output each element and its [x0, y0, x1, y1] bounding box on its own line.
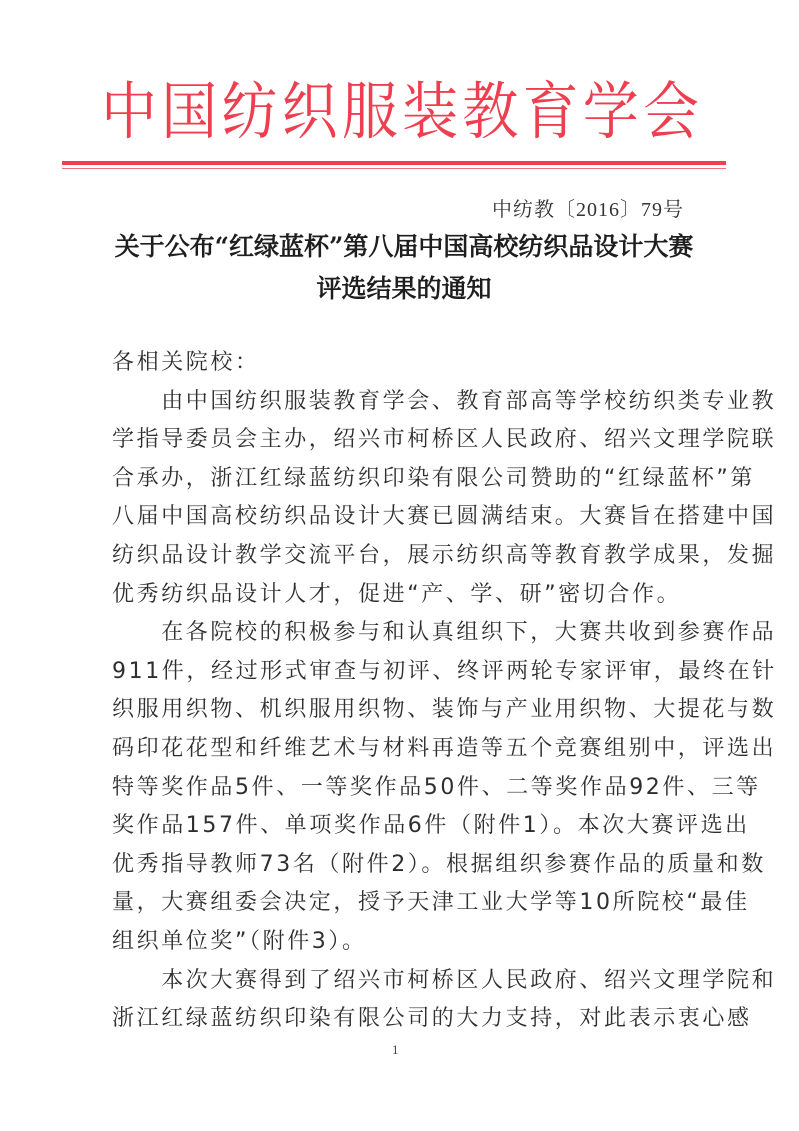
text-line: 纺织品设计教学交流平台，展示纺织高等教育教学成果，发掘	[112, 537, 704, 576]
salutation: 各相关院校：	[112, 344, 704, 383]
document-body: 各相关院校： 由中国纺织服装教育学会、教育部高等学校纺织类专业教 学指导委员会主…	[112, 344, 704, 1039]
notice-title: 关于公布“红绿蓝杯”第八届中国高校纺织品设计大赛 评选结果的通知	[108, 226, 700, 310]
org-name-char: 服	[341, 74, 399, 152]
document-number: 中纺教〔2016〕79号	[492, 193, 684, 222]
page-number: 1	[392, 1042, 399, 1058]
org-name-char: 学	[582, 74, 640, 152]
text-line: 量，大赛组委会决定，授予天津工业大学等10所院校“最佳	[112, 884, 704, 923]
org-name-char: 会	[642, 74, 700, 152]
org-name-char: 装	[401, 74, 459, 152]
paragraph-2: 在各院校的积极参与和认真组织下，大赛共收到参赛作品 911件，经过形式审查与初评…	[112, 614, 704, 961]
notice-title-line-1: 关于公布“红绿蓝杯”第八届中国高校纺织品设计大赛	[108, 226, 700, 268]
org-name-char: 织	[281, 74, 339, 152]
text-line: 学指导委员会主办，绍兴市柯桥区人民政府、绍兴文理学院联	[112, 421, 704, 460]
text-line: 八届中国高校纺织品设计大赛已圆满结束。大赛旨在搭建中国	[112, 498, 704, 537]
letterhead-rule-thick	[62, 161, 726, 165]
text-line: 浙江红绿蓝纺织印染有限公司的大力支持，对此表示衷心感	[112, 1000, 704, 1039]
org-name-char: 育	[522, 74, 580, 152]
org-name-char: 国	[160, 74, 218, 152]
text-line: 码印花花型和纤维艺术与材料再造等五个竞赛组别中，评选出	[112, 730, 704, 769]
organization-name: 中 国 纺 织 服 装 教 育 学 会	[100, 74, 700, 152]
text-line: 优秀纺织品设计人才，促进“产、学、研”密切合作。	[112, 576, 704, 615]
text-line: 组织单位奖”（附件3）。	[112, 923, 704, 962]
text-line: 本次大赛得到了绍兴市柯桥区人民政府、绍兴文理学院和	[112, 962, 704, 1001]
text-line: 由中国纺织服装教育学会、教育部高等学校纺织类专业教	[112, 383, 704, 422]
text-line: 在各院校的积极参与和认真组织下，大赛共收到参赛作品	[112, 614, 704, 653]
org-name-char: 纺	[220, 74, 278, 152]
org-name-char: 教	[461, 74, 519, 152]
text-line: 合承办，浙江红绿蓝纺织印染有限公司赞助的“红绿蓝杯”第	[112, 460, 704, 499]
text-line: 奖作品157件、单项奖作品6件（附件1）。本次大赛评选出	[112, 807, 704, 846]
paragraph-1: 由中国纺织服装教育学会、教育部高等学校纺织类专业教 学指导委员会主办，绍兴市柯桥…	[112, 383, 704, 615]
text-line: 911件，经过形式审查与初评、终评两轮专家评审，最终在针	[112, 653, 704, 692]
org-name-char: 中	[100, 74, 158, 152]
letterhead-rule-thin	[62, 168, 726, 169]
text-line: 特等奖作品5件、一等奖作品50件、二等奖作品92件、三等	[112, 769, 704, 808]
text-line: 织服用织物、机织服用织物、装饰与产业用织物、大提花与数	[112, 691, 704, 730]
paragraph-3: 本次大赛得到了绍兴市柯桥区人民政府、绍兴文理学院和 浙江红绿蓝纺织印染有限公司的…	[112, 962, 704, 1039]
notice-title-line-2: 评选结果的通知	[108, 268, 700, 310]
text-line: 优秀指导教师73名（附件2）。根据组织参赛作品的质量和数	[112, 846, 704, 885]
